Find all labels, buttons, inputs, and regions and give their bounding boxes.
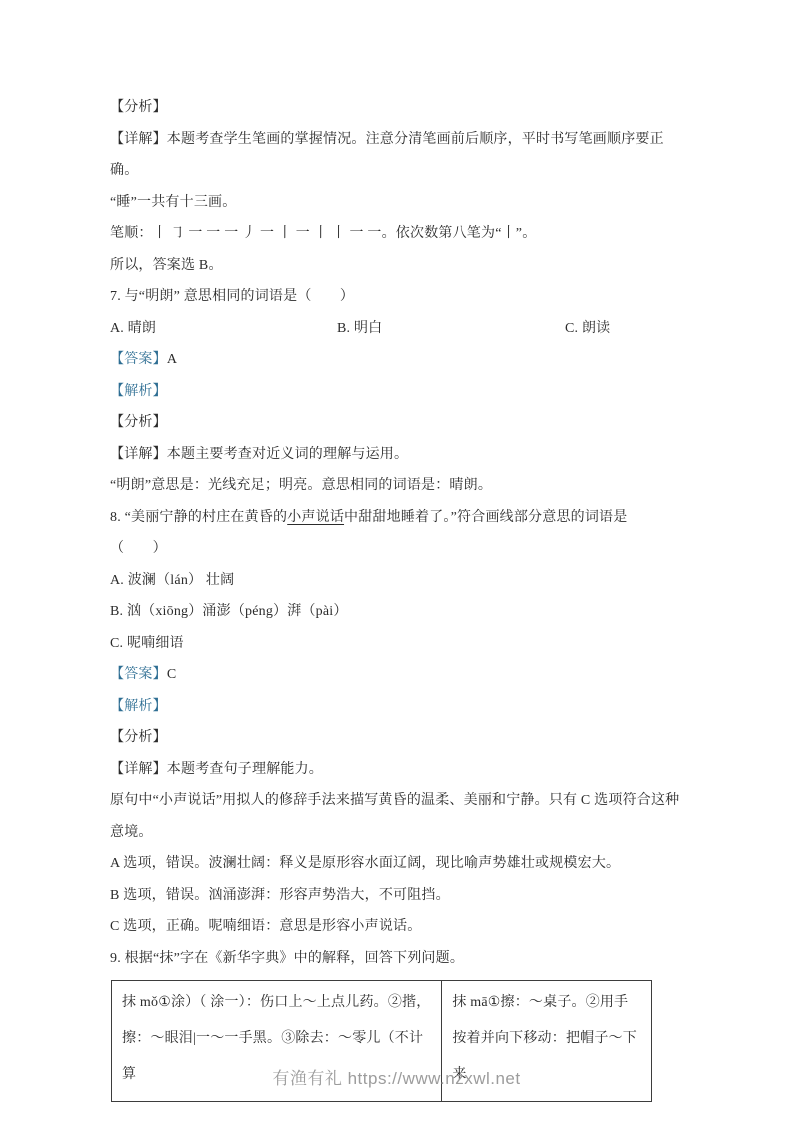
q8-answer-value: C xyxy=(167,667,177,682)
q8-answer-label: 【答案】 xyxy=(110,667,167,682)
q8-detail-paragraph: 【详解】本题考查句子理解能力。 xyxy=(110,754,686,786)
q6-stroke-count: “睡”一共有十三画。 xyxy=(110,187,686,219)
q7-jiexi-text: 【解析】 xyxy=(110,384,167,399)
watermark-footer: 有渔有礼 https://www.nzxwl.net xyxy=(0,1064,793,1089)
exam-answer-page: 【分析】 【详解】本题考查学生笔画的掌握情况。注意分清笔画前后顺序，平时书写笔画… xyxy=(0,0,793,1122)
q6-analysis-label: 【分析】 xyxy=(110,92,686,124)
q8-note-option-a: A 选项，错误。波澜壮阔：释义是原形容水面辽阔，现比喻声势雄壮或规模宏大。 xyxy=(110,848,686,880)
q7-option-b: B. 明白 xyxy=(337,313,565,345)
q7-detail-paragraph: 【详解】本题主要考查对近义词的理解与运用。 xyxy=(110,439,686,471)
q7-answer-label: 【答案】 xyxy=(110,352,167,367)
document-body: 【分析】 【详解】本题考查学生笔画的掌握情况。注意分清笔画前后顺序，平时书写笔画… xyxy=(110,92,686,1102)
q8-option-b: B. 汹（xiōng）涌澎（péng）湃（pài） xyxy=(110,596,686,628)
q8-jiexi-label: 【解析】 xyxy=(110,691,686,723)
q8-explanation: 原句中“小声说话”用拟人的修辞手法来描写黄昏的温柔、美丽和宁静。只有 C 选项符… xyxy=(110,785,686,848)
q7-option-c: C. 朗读 xyxy=(565,313,610,345)
q8-question-post: 中甜甜地睡着了。”符合画线部分意思的词语是 xyxy=(344,510,627,525)
q7-answer-line: 【答案】A xyxy=(110,344,686,376)
q7-answer-value: A xyxy=(167,352,177,367)
q8-analysis-label: 【分析】 xyxy=(110,722,686,754)
q7-analysis-label: 【分析】 xyxy=(110,407,686,439)
q8-answer-line: 【答案】C xyxy=(110,659,686,691)
q7-option-a: A. 晴朗 xyxy=(110,313,337,345)
q7-options-row: A. 晴朗 B. 明白 C. 朗读 xyxy=(110,313,686,345)
q8-question-pre: 8. “美丽宁静的村庄在黄昏的 xyxy=(110,510,287,525)
q8-question-underlined: 小声说话 xyxy=(287,510,344,525)
q8-question: 8. “美丽宁静的村庄在黄昏的小声说话中甜甜地睡着了。”符合画线部分意思的词语是 xyxy=(110,502,686,534)
q6-conclusion: 所以，答案选 B。 xyxy=(110,250,686,282)
q8-option-c: C. 呢喃细语 xyxy=(110,628,686,660)
q7-jiexi-label: 【解析】 xyxy=(110,376,686,408)
q7-question: 7. 与“明朗” 意思相同的词语是（ ） xyxy=(110,281,686,313)
q8-note-option-c: C 选项，正确。呢喃细语：意思是形容小声说话。 xyxy=(110,911,686,943)
q9-question: 9. 根据“抹”字在《新华字典》中的解释，回答下列问题。 xyxy=(110,943,686,975)
q8-question-blank: （ ） xyxy=(110,533,686,565)
q8-jiexi-text: 【解析】 xyxy=(110,699,167,714)
q7-explanation: “明朗”意思是：光线充足；明亮。意思相同的词语是：晴朗。 xyxy=(110,470,686,502)
q8-note-option-b: B 选项，错误。汹涌澎湃：形容声势浩大，不可阻挡。 xyxy=(110,880,686,912)
q6-stroke-order: 笔顺：丨 ㇆ 一 一 一 丿 一 丨 一 丨 丨 一 一。依次数第八笔为“丨”。 xyxy=(110,218,686,250)
q8-option-a: A. 波澜（lán） 壮阔 xyxy=(110,565,686,597)
q6-detail-paragraph: 【详解】本题考查学生笔画的掌握情况。注意分清笔画前后顺序，平时书写笔画顺序要正确… xyxy=(110,124,686,187)
